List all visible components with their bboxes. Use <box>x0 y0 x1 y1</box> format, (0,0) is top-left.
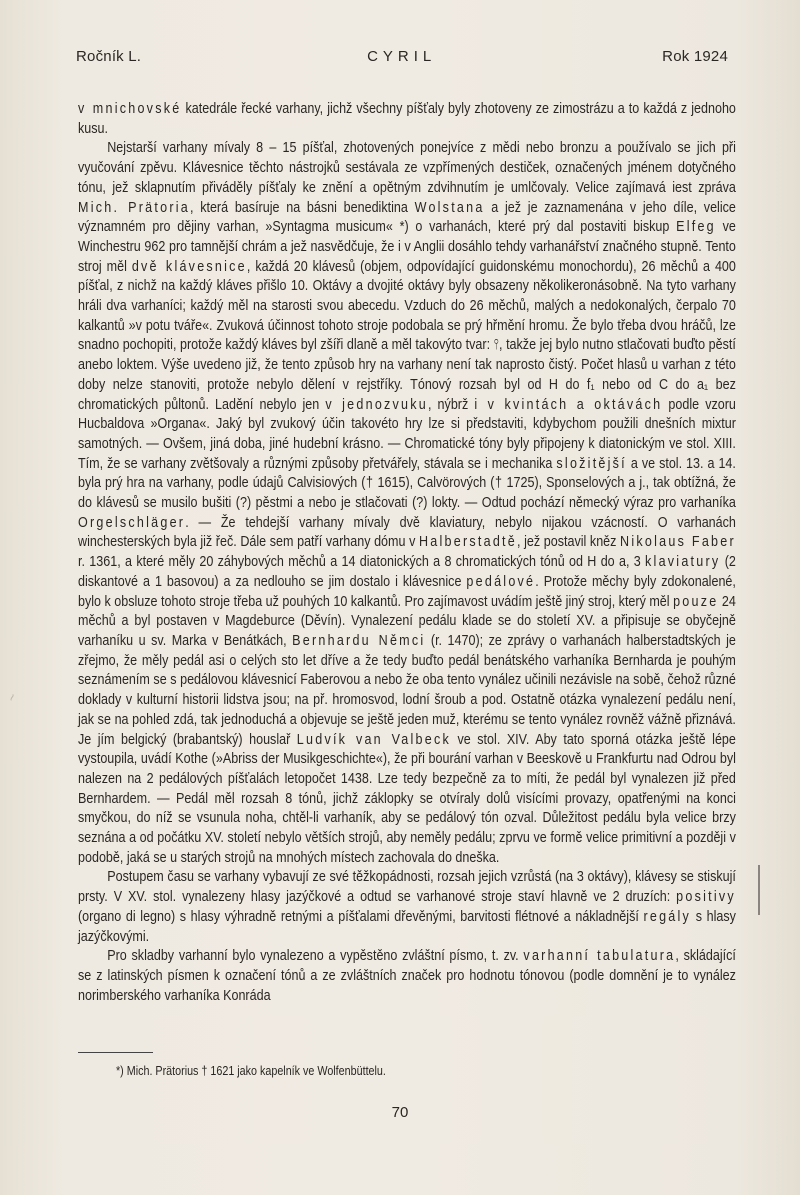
text-run: , nýbrž <box>428 397 474 413</box>
emphasized-text: i v kvintách a oktávách <box>474 397 662 413</box>
footnote: *) Mich. Prätorius † 1621 jako kapelník … <box>116 1064 386 1078</box>
footnote-divider <box>78 1052 153 1053</box>
paragraph: Postupem času se varhany vybavují ze své… <box>78 868 736 947</box>
emphasized-text: positivy <box>676 889 736 905</box>
emphasized-text: Ludvík van Valbeck <box>297 732 451 748</box>
emphasized-text: varhanní tabulatura <box>523 948 675 964</box>
emphasized-text: složitější <box>556 456 626 472</box>
emphasized-text: Halberstadtě <box>419 534 517 550</box>
paragraph: Nejstarší varhany mívaly 8 – 15 píšťal, … <box>78 139 736 868</box>
emphasized-text: Wolstana <box>415 200 485 216</box>
paragraph: v mnichovské katedrále řecké varhany, ji… <box>78 100 736 139</box>
text-run: , každá 20 klávesů (objem, odpovídající … <box>78 259 736 413</box>
text-run: , která basíruje na básni benediktina <box>190 200 415 216</box>
volume-label: Ročník L. <box>76 48 141 65</box>
page-number: 70 <box>0 1104 800 1121</box>
margin-annotation: ~ <box>3 691 20 703</box>
emphasized-text: Elfeg <box>676 219 716 235</box>
text-run: (r. 1470); ze zprávy o varhanách halbers… <box>78 633 736 748</box>
emphasized-text: Mich. Prätoria <box>78 200 190 216</box>
text-run: Nejstarší varhany mívaly 8 – 15 píšťal, … <box>78 140 736 195</box>
emphasized-text: Orgelschläger <box>78 515 185 531</box>
text-run: ve stol. XIV. Aby tato sporná otázka ješ… <box>78 732 736 866</box>
emphasized-text: Bernhardu Němci <box>292 633 425 649</box>
emphasized-text: v mnichovské <box>78 101 181 117</box>
text-run: (organo di legno) s hlasy výhradně retný… <box>78 909 643 925</box>
scanned-page: Ročník L. CYRIL Rok 1924 v mnichovské ka… <box>0 0 800 1195</box>
emphasized-text: Nikolaus Faber <box>620 534 736 550</box>
text-run: r. 1361, a které měly 20 záhybových měch… <box>78 554 645 570</box>
year-label: Rok 1924 <box>662 48 728 65</box>
emphasized-text: pedálové <box>466 574 535 590</box>
text-run: Pro skladby varhanní bylo vynalezeno a v… <box>107 948 523 964</box>
text-run: Postupem času se varhany vybavují ze své… <box>78 869 736 905</box>
emphasized-text: v jednozvuku <box>325 397 428 413</box>
journal-title: CYRIL <box>367 48 436 65</box>
emphasized-text: regály <box>643 909 691 925</box>
text-run: , jež postavil kněz <box>517 534 620 550</box>
running-header: Ročník L. CYRIL Rok 1924 <box>76 48 728 65</box>
article-body: v mnichovské katedrále řecké varhany, ji… <box>78 100 736 1006</box>
margin-mark <box>758 865 760 915</box>
emphasized-text: pouze <box>673 594 718 610</box>
emphasized-text: dvě klávesnice <box>132 259 247 275</box>
emphasized-text: klaviatury <box>645 554 720 570</box>
paragraph: Pro skladby varhanní bylo vynalezeno a v… <box>78 947 736 1006</box>
